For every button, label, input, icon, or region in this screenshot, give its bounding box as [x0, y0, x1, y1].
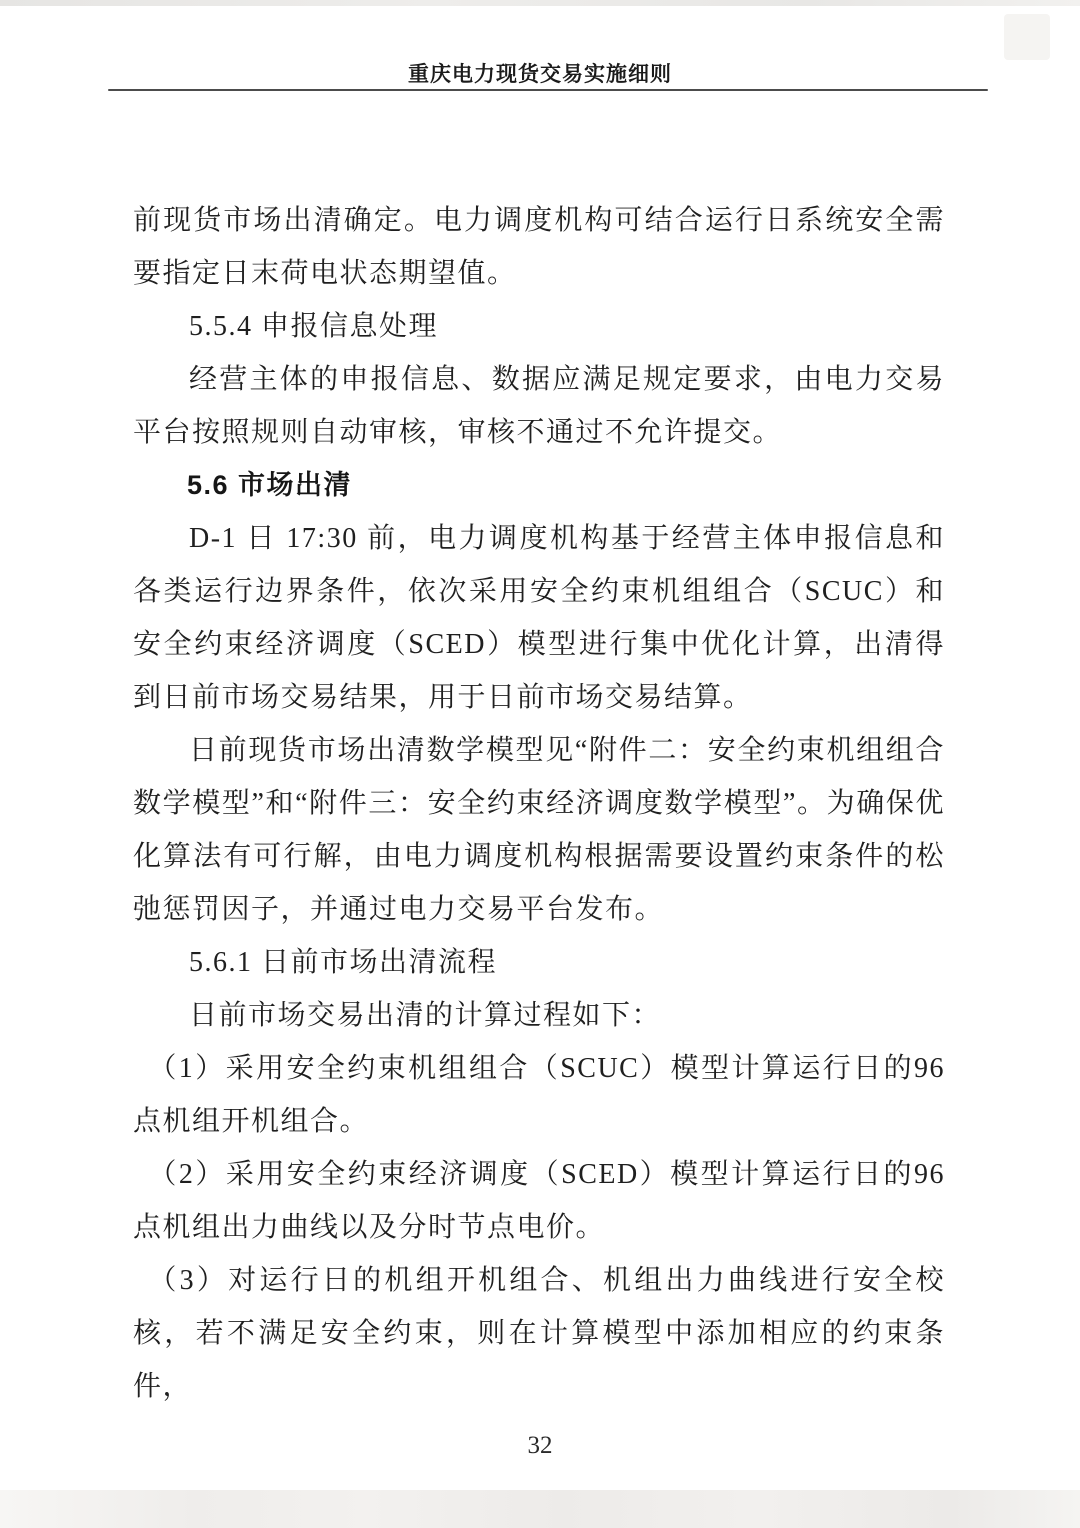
scan-artifact-top-line [0, 0, 1080, 6]
heading-5-6: 5.6 市场出清 [133, 459, 945, 512]
document-header-title: 重庆电力现货交易实施细则 [0, 58, 1080, 88]
scan-artifact-smudge [1004, 14, 1050, 60]
paragraph-continued: 前现货市场出清确定。电力调度机构可结合运行日系统安全需要指定日末荷电状态期望值。 [133, 194, 945, 300]
paragraph-declaration-review: 经营主体的申报信息、数据应满足规定要求，由电力交易平台按照规则自动审核，审核不通… [133, 353, 945, 459]
list-item-3: （3）对运行日的机组开机组合、机组出力曲线进行安全校核，若不满足安全约束，则在计… [133, 1254, 945, 1413]
document-page: { "page": { "header": { "title": "重庆电力现货… [0, 0, 1080, 1528]
page-number: 32 [0, 1432, 1080, 1460]
heading-5-5-4: 5.5.4 申报信息处理 [133, 300, 945, 353]
document-body: 前现货市场出清确定。电力调度机构可结合运行日系统安全需要指定日末荷电状态期望值。… [133, 194, 945, 1413]
list-item-2: （2）采用安全约束经济调度（SCED）模型计算运行日的96 点机组出力曲线以及分… [133, 1148, 945, 1254]
paragraph-calc-intro: 日前市场交易出清的计算过程如下： [133, 989, 945, 1042]
paragraph-math-model: 日前现货市场出清数学模型见“附件二：安全约束机组组合数学模型”和“附件三：安全约… [133, 724, 945, 936]
header-divider [108, 89, 988, 91]
scan-artifact-bottom-band [0, 1490, 1080, 1528]
paragraph-clearing-process: D-1 日 17:30 前，电力调度机构基于经营主体申报信息和各类运行边界条件，… [133, 512, 945, 724]
list-item-1: （1）采用安全约束机组组合（SCUC）模型计算运行日的96 点机组开机组合。 [133, 1042, 945, 1148]
heading-5-6-1: 5.6.1 日前市场出清流程 [133, 936, 945, 989]
